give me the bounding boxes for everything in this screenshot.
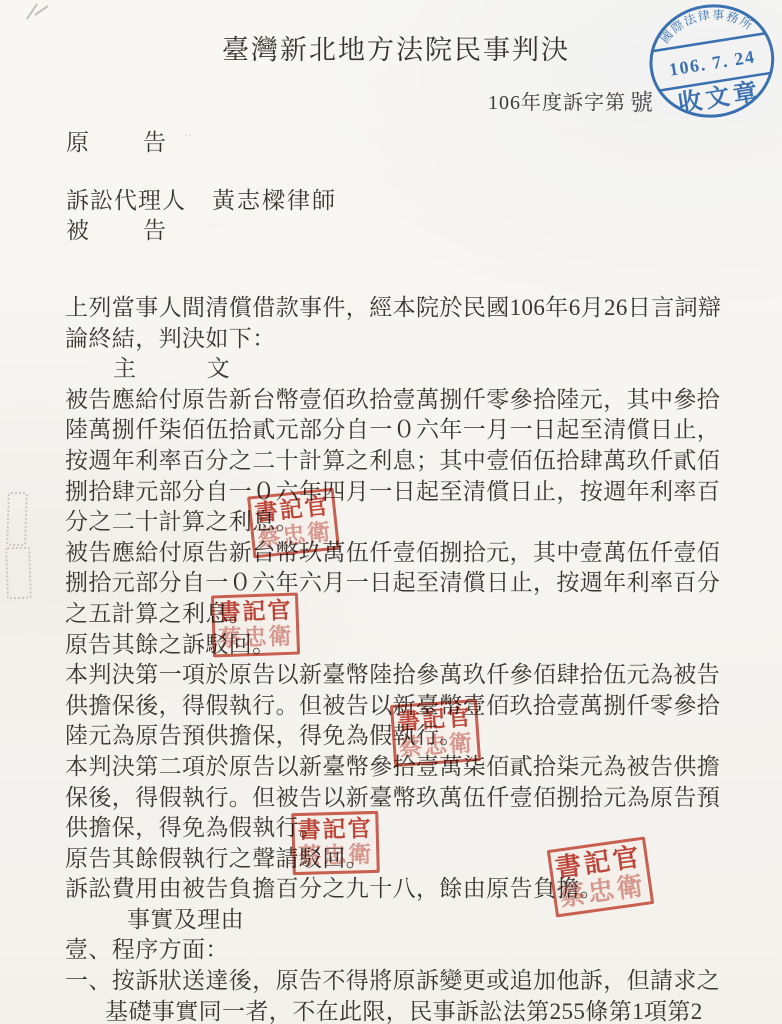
scan-bleedthrough-artifact xyxy=(5,547,32,600)
plaintiff-label: 原 xyxy=(66,124,89,157)
scan-speck: ·· xyxy=(184,128,192,143)
clerk-seal: 書記官 蔡忠衛 xyxy=(547,836,655,917)
body-line: 之五計算之利息。 xyxy=(65,599,755,630)
clerk-seal-title: 書記官 xyxy=(217,598,293,626)
scan-bleedthrough-artifact xyxy=(6,492,28,547)
clerk-seal: 書記官 蔡忠衛 xyxy=(211,593,300,657)
clerk-seal: 書記官 蔡忠衛 xyxy=(390,699,481,766)
defendant-label: 被 xyxy=(66,212,89,245)
body-line: 論終結，判決如下： xyxy=(65,324,755,355)
body-line: 基礎事實同一者，不在此限，民事訴訟法第255條第1項第2 xyxy=(65,997,755,1024)
agent-name: 黃志樑律師 xyxy=(212,182,337,215)
clerk-seal: 書記官 蔡忠衛 xyxy=(291,811,380,875)
clerk-seal-name: 蔡忠衛 xyxy=(298,842,374,870)
judgment-document-page: ·· ·· 臺灣新北地方法院民事判決 106年度訴字第 號 國際法律事務所 10… xyxy=(0,0,782,1024)
case-number-prefix: 106年度訴字第 xyxy=(488,86,626,115)
receipt-stamp-label: 收文章 xyxy=(676,77,763,118)
agent-label: 訴訟代理人 xyxy=(66,182,186,215)
body-line: 壹、程序方面： xyxy=(65,935,755,966)
defendant-label: 告 xyxy=(143,212,166,245)
body-line: 按週年利率百分之二十計算之利息；其中壹佰伍拾肆萬玖仟貳佰 xyxy=(65,446,755,477)
body-line: 供擔保，得免為假執行。 xyxy=(65,813,755,844)
receipt-stamp-date: 106. 7. 24 xyxy=(668,46,757,79)
judgment-body: 上列當事人間清償借款事件，經本院於民國106年6月26日言詞辯 論終結，判決如下… xyxy=(65,293,755,1024)
clerk-seal-name: 蔡忠衛 xyxy=(398,730,475,761)
body-line: 捌拾元部分自一０六年六月一日起至清償日止，按週年利率百分 xyxy=(65,568,755,599)
plaintiff-label: 告 xyxy=(143,124,166,157)
body-line: 原告其餘之訴駁回。 xyxy=(65,630,755,661)
main-text-heading: 主 文 xyxy=(65,354,755,385)
body-line: 上列當事人間清償借款事件，經本院於民國106年6月26日言詞辯 xyxy=(65,293,755,324)
body-line: 被告應給付原告新台幣玖萬伍仟壹佰捌拾元，其中壹萬伍仟壹佰 xyxy=(65,538,755,569)
body-line: 一、按訴狀送達後，原告不得將原訴變更或追加他訴，但請求之 xyxy=(65,966,755,997)
body-line: 分之二十計算之利息。 xyxy=(65,507,755,538)
clerk-seal-name: 蔡忠衛 xyxy=(218,623,294,651)
body-line: 本判決第一項於原告以新臺幣陸拾參萬玖仟參佰肆拾伍元為被告 xyxy=(65,660,755,691)
scan-speck: ·· xyxy=(210,218,218,233)
pen-mark-artifact xyxy=(22,0,56,24)
law-firm-receipt-stamp: 國際法律事務所 106. 7. 24 收文章 xyxy=(636,0,782,133)
body-line: 捌拾肆元部分自一０六年四月一日起至清償日止，按週年利率百 xyxy=(65,477,755,508)
court-title: 臺灣新北地方法院民事判決 xyxy=(222,28,570,67)
facts-reasons-heading: 事實及理由 xyxy=(65,905,755,936)
body-line: 保後，得假執行。但被告以新臺幣玖萬伍仟壹佰捌拾元為原告預 xyxy=(65,783,755,814)
clerk-seal: 書記官 蔡忠衛 xyxy=(247,488,340,558)
body-line: 被告應給付原告新台幣壹佰玖拾壹萬捌仟零參拾陸元，其中參拾 xyxy=(65,385,755,416)
body-line: 原告其餘假執行之聲請駁回。 xyxy=(65,844,755,875)
clerk-seal-title: 書記官 xyxy=(297,816,373,844)
body-line: 陸萬捌仟柒佰伍拾貳元部分自一０六年一月一日起至清償日止， xyxy=(65,415,755,446)
